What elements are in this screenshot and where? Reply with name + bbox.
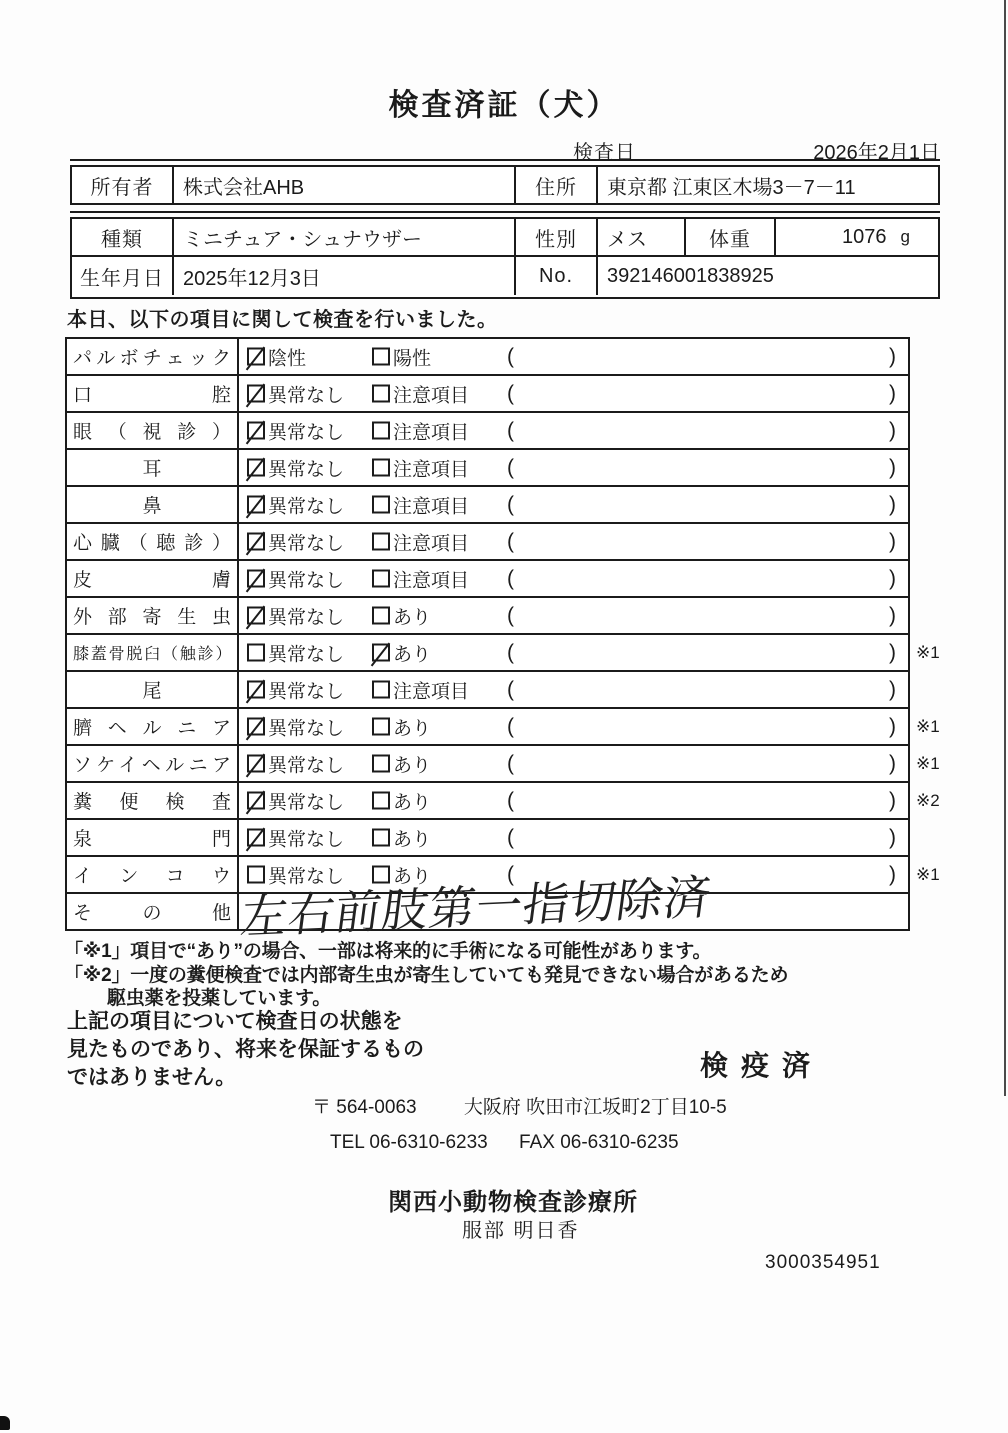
checkbox-option-2: [372, 570, 390, 588]
option-2: 注意項目: [372, 565, 469, 592]
checkbox-option-2: [372, 385, 390, 403]
info-row-1: 種類 ミニチュア・シュナウザー 性別 メス 体重 1076 g: [72, 219, 938, 257]
option-1-label: 異常なし: [268, 491, 344, 518]
open-paren: (: [507, 641, 514, 665]
check-item-label-cell: 皮膚: [67, 561, 239, 596]
breed-label: 種類: [72, 219, 174, 255]
option-1-label: 異常なし: [268, 787, 344, 814]
option-2: あり: [372, 602, 431, 629]
option-1-label: 陰性: [268, 343, 306, 370]
footnote-mark: ※1: [916, 754, 940, 774]
close-paren: ): [889, 530, 896, 554]
check-item-content: 異常なし 注意項目 ( ): [239, 376, 908, 411]
option-2-label: あり: [393, 713, 431, 740]
option-2-label: 注意項目: [393, 565, 469, 592]
option-2: あり: [372, 639, 431, 666]
check-item-label: 膝蓋骨脱臼（触診）: [73, 641, 231, 664]
checkbox-option-2: [372, 829, 390, 847]
option-2-label: あり: [393, 787, 431, 814]
weight-label: 体重: [686, 219, 776, 255]
check-item-label: 口腔: [73, 380, 231, 407]
checkbox-option-1: [247, 533, 265, 551]
check-item-label: 外部寄生虫: [73, 602, 231, 629]
disclaimer-line-3: ではありません。: [67, 1064, 424, 1092]
option-1: 陰性: [247, 343, 306, 370]
option-2: あり: [372, 750, 431, 777]
check-row-3: 眼（視診） 異常なし 注意項目 ( ): [67, 413, 908, 450]
check-item-label-cell: 膝蓋骨脱臼（触診）: [67, 635, 239, 670]
option-2-label: あり: [393, 750, 431, 777]
footnote-1: 「※1」項目で“あり”の場合、一部は将来的に手術になる可能性があります。: [64, 936, 711, 963]
check-item-label-cell: 糞便検査: [67, 783, 239, 818]
open-paren: (: [507, 715, 514, 739]
checkbox-option-2: [372, 681, 390, 699]
checkbox-option-1: [247, 607, 265, 625]
open-paren: (: [507, 752, 514, 776]
check-item-content: 陰性 陽性 ( ): [239, 339, 908, 374]
checkbox-option-1: [247, 496, 265, 514]
check-item-content: 異常なし 注意項目 ( ): [239, 524, 908, 559]
option-2: あり: [372, 824, 431, 851]
number-value: 392146001838925: [598, 257, 938, 295]
option-1: 異常なし: [247, 676, 344, 703]
check-item-content: 異常なし 注意項目 ( ): [239, 672, 908, 707]
close-paren: ): [889, 752, 896, 776]
option-2: 陽性: [372, 343, 431, 370]
check-row-6: 心臓（聴診） 異常なし 注意項目 ( ): [67, 524, 908, 561]
option-1: 異常なし: [247, 787, 344, 814]
disclaimer-line-1: 上記の項目について検査日の状態を: [67, 1008, 424, 1036]
postal-code: 〒 564-0063: [312, 1097, 417, 1118]
option-2: 注意項目: [372, 454, 469, 481]
check-item-label: その他: [73, 898, 231, 925]
option-1-label: 異常なし: [268, 528, 344, 555]
option-1: 異常なし: [247, 861, 344, 888]
open-paren: (: [507, 789, 514, 813]
option-2-label: 注意項目: [393, 454, 469, 481]
animal-info-table: 種類 ミニチュア・シュナウザー 性別 メス 体重 1076 g 生年月日 202…: [70, 217, 940, 299]
open-paren: (: [507, 419, 514, 443]
address-label: 住所: [516, 167, 598, 203]
option-1: 異常なし: [247, 565, 344, 592]
check-item-label-cell: 口腔: [67, 376, 239, 411]
check-row-14: 泉門 異常なし あり ( ): [67, 820, 908, 857]
address-value: 東京都 江東区木場3－7－11: [598, 167, 938, 203]
option-1: 異常なし: [247, 528, 344, 555]
check-item-label: パルボチェック: [73, 343, 231, 370]
checkbox-option-1: [247, 348, 265, 366]
clinic-address: 大阪府 吹田市江坂町2丁目10-5: [464, 1097, 727, 1118]
check-item-label-cell: その他: [67, 894, 239, 929]
examiner-name: 服部 明日香: [462, 1214, 580, 1243]
option-2: 注意項目: [372, 491, 469, 518]
open-paren: (: [507, 604, 514, 628]
clinic-address-line: 〒 564-0063 大阪府 吹田市江坂町2丁目10-5: [312, 1092, 727, 1119]
option-2: あり: [372, 787, 431, 814]
close-paren: ): [889, 678, 896, 702]
check-item-label: ソケイヘルニア: [73, 750, 231, 777]
check-row-4: 耳 異常なし 注意項目 ( ): [67, 450, 908, 487]
check-row-12: ソケイヘルニア 異常なし あり ( ) ※1: [67, 746, 908, 783]
close-paren: ): [889, 382, 896, 406]
option-2: 注意項目: [372, 528, 469, 555]
check-item-label-cell: インコウ: [67, 857, 239, 892]
checkbox-option-1: [247, 459, 265, 477]
check-item-label-cell: 心臓（聴診）: [67, 524, 239, 559]
serial-number: 3000354951: [765, 1252, 881, 1274]
owner-value: 株式会社AHB: [174, 167, 516, 203]
check-item-label-cell: 耳: [67, 450, 239, 485]
option-2: 注意項目: [372, 417, 469, 444]
checkbox-option-2: [372, 792, 390, 810]
quarantine-stamp: 検疫済: [700, 1044, 823, 1084]
checkbox-option-2: [372, 866, 390, 884]
check-item-label-cell: 泉門: [67, 820, 239, 855]
open-paren: (: [507, 530, 514, 554]
checkbox-option-2: [372, 348, 390, 366]
breed-value: ミニチュア・シュナウザー: [174, 219, 516, 255]
check-row-8: 外部寄生虫 異常なし あり ( ): [67, 598, 908, 635]
check-item-label: 眼（視診）: [73, 417, 231, 444]
checkbox-option-1: [247, 681, 265, 699]
info-row-2: 生年月日 2025年12月3日 No. 392146001838925: [72, 257, 938, 295]
option-2: 注意項目: [372, 676, 469, 703]
check-row-2: 口腔 異常なし 注意項目 ( ): [67, 376, 908, 413]
close-paren: ): [889, 789, 896, 813]
scan-edge-artifact: [1004, 0, 1006, 1096]
option-2-label: 注意項目: [393, 676, 469, 703]
checkbox-option-2: [372, 459, 390, 477]
option-2-label: 注意項目: [393, 528, 469, 555]
birthdate-value: 2025年12月3日: [174, 257, 516, 295]
checkbox-option-1: [247, 792, 265, 810]
checkbox-option-1: [247, 829, 265, 847]
check-row-13: 糞便検査 異常なし あり ( ) ※2: [67, 783, 908, 820]
check-item-label-cell: 外部寄生虫: [67, 598, 239, 633]
scan-blot-artifact: [0, 1416, 10, 1430]
birthdate-label: 生年月日: [72, 257, 174, 295]
option-2: あり: [372, 713, 431, 740]
check-row-10: 尾 異常なし 注意項目 ( ): [67, 672, 908, 709]
checkbox-option-1: [247, 718, 265, 736]
check-row-16: その他 左右前肢第一指切除済: [67, 894, 908, 929]
footnote-mark: ※1: [916, 643, 940, 663]
close-paren: ): [889, 345, 896, 369]
option-1: 異常なし: [247, 824, 344, 851]
checkbox-option-1: [247, 866, 265, 884]
open-paren: (: [507, 678, 514, 702]
close-paren: ): [889, 604, 896, 628]
open-paren: (: [507, 456, 514, 480]
option-1-label: 異常なし: [268, 602, 344, 629]
option-1: 異常なし: [247, 713, 344, 740]
check-row-5: 鼻 異常なし 注意項目 ( ): [67, 487, 908, 524]
check-item-label: 鼻: [73, 491, 231, 518]
scanned-certificate-page: 検査済証（犬） 検査日 2026年2月1日 所有者 株式会社AHB 住所 東京都…: [0, 0, 1008, 1433]
sex-label: 性別: [516, 219, 598, 255]
checkbox-option-1: [247, 422, 265, 440]
checkbox-option-1: [247, 644, 265, 662]
checkbox-option-1: [247, 570, 265, 588]
option-1: 異常なし: [247, 602, 344, 629]
check-item-label: 糞便検査: [73, 787, 231, 814]
option-1: 異常なし: [247, 750, 344, 777]
horizontal-rule: [70, 211, 940, 213]
footnote-mark: ※1: [916, 865, 940, 885]
open-paren: (: [507, 567, 514, 591]
option-1-label: 異常なし: [268, 454, 344, 481]
check-item-content: 異常なし あり ( ): [239, 635, 908, 670]
disclaimer-line-2: 見たものであり、将来を保証するもの: [67, 1036, 424, 1064]
close-paren: ): [889, 419, 896, 443]
checkbox-option-1: [247, 385, 265, 403]
owner-label: 所有者: [72, 167, 174, 203]
checkbox-option-2: [372, 496, 390, 514]
check-row-7: 皮膚 異常なし 注意項目 ( ): [67, 561, 908, 598]
horizontal-rule: [70, 159, 940, 161]
option-2-label: 注意項目: [393, 380, 469, 407]
option-1: 異常なし: [247, 639, 344, 666]
close-paren: ): [889, 863, 896, 887]
close-paren: ): [889, 567, 896, 591]
check-item-label: 尾: [73, 676, 231, 703]
tel-number: TEL 06-6310-6233: [330, 1132, 488, 1153]
check-item-content: 異常なし あり ( ): [239, 783, 908, 818]
option-1: 異常なし: [247, 491, 344, 518]
check-item-label: インコウ: [73, 861, 231, 888]
option-2-label: あり: [393, 824, 431, 851]
option-1: 異常なし: [247, 454, 344, 481]
option-1-label: 異常なし: [268, 417, 344, 444]
check-row-1: パルボチェック 陰性 陽性 ( ): [67, 339, 908, 376]
clinic-name: 関西小動物検査診療所: [388, 1182, 638, 1217]
clinic-phone-line: TEL 06-6310-6233 FAX 06-6310-6235: [330, 1132, 679, 1154]
check-item-label: 泉門: [73, 824, 231, 851]
open-paren: (: [507, 493, 514, 517]
check-item-content: 異常なし 注意項目 ( ): [239, 413, 908, 448]
checkbox-option-2: [372, 533, 390, 551]
checkbox-option-2: [372, 718, 390, 736]
checkbox-option-2: [372, 644, 390, 662]
open-paren: (: [507, 345, 514, 369]
option-1: 異常なし: [247, 417, 344, 444]
close-paren: ): [889, 826, 896, 850]
check-item-content: 異常なし 注意項目 ( ): [239, 487, 908, 522]
check-item-content: 異常なし あり ( ): [239, 598, 908, 633]
check-item-label-cell: ソケイヘルニア: [67, 746, 239, 781]
check-item-content: 異常なし 注意項目 ( ): [239, 561, 908, 596]
option-1-label: 異常なし: [268, 380, 344, 407]
fax-number: FAX 06-6310-6235: [519, 1132, 679, 1153]
option-1-label: 異常なし: [268, 676, 344, 703]
check-item-label-cell: 鼻: [67, 487, 239, 522]
intro-statement: 本日、以下の項目に関して検査を行いました。: [67, 303, 498, 332]
footnote-mark: ※1: [916, 717, 940, 737]
open-paren: (: [507, 382, 514, 406]
checkbox-option-2: [372, 422, 390, 440]
close-paren: ): [889, 715, 896, 739]
number-label: No.: [516, 257, 598, 295]
close-paren: ): [889, 641, 896, 665]
close-paren: ): [889, 456, 896, 480]
check-item-content: 異常なし 注意項目 ( ): [239, 450, 908, 485]
owner-info-table: 所有者 株式会社AHB 住所 東京都 江東区木場3－7－11: [70, 165, 940, 205]
footnote-mark: ※2: [916, 791, 940, 811]
check-item-content: 左右前肢第一指切除済: [239, 894, 908, 929]
option-2-label: 注意項目: [393, 417, 469, 444]
check-item-content: 異常なし あり ( ): [239, 820, 908, 855]
document-title: 検査済証（犬）: [0, 80, 1008, 124]
option-1-label: 異常なし: [268, 861, 344, 888]
inspection-check-table: パルボチェック 陰性 陽性 ( ) 口腔: [65, 337, 910, 931]
check-item-content: 異常なし あり ( ): [239, 746, 908, 781]
weight-unit: g: [901, 227, 910, 247]
check-item-label: 皮膚: [73, 565, 231, 592]
option-1-label: 異常なし: [268, 713, 344, 740]
check-row-9: 膝蓋骨脱臼（触診） 異常なし あり ( ) ※1: [67, 635, 908, 672]
checkbox-option-2: [372, 755, 390, 773]
check-item-label-cell: 臍ヘルニア: [67, 709, 239, 744]
open-paren: (: [507, 826, 514, 850]
option-2-label: あり: [393, 602, 431, 629]
option-1: 異常なし: [247, 380, 344, 407]
close-paren: ): [889, 493, 896, 517]
sex-value: メス: [598, 219, 686, 255]
option-2: 注意項目: [372, 380, 469, 407]
check-item-label: 心臓（聴診）: [73, 528, 231, 555]
option-1-label: 異常なし: [268, 750, 344, 777]
weight-value: 1076 g: [776, 219, 938, 255]
check-row-11: 臍ヘルニア 異常なし あり ( ) ※1: [67, 709, 908, 746]
check-item-label-cell: 眼（視診）: [67, 413, 239, 448]
check-item-label: 臍ヘルニア: [73, 713, 231, 740]
option-2-label: あり: [393, 639, 431, 666]
check-item-label-cell: パルボチェック: [67, 339, 239, 374]
check-item-label: 耳: [73, 454, 231, 481]
option-1-label: 異常なし: [268, 565, 344, 592]
check-item-content: 異常なし あり ( ): [239, 709, 908, 744]
option-1-label: 異常なし: [268, 639, 344, 666]
weight-number: 1076: [842, 226, 887, 249]
checkbox-option-1: [247, 755, 265, 773]
option-1-label: 異常なし: [268, 824, 344, 851]
footnote-2-continued: 駆虫薬を投薬しています。: [107, 983, 331, 1010]
checkbox-option-2: [372, 607, 390, 625]
option-2-label: 注意項目: [393, 491, 469, 518]
disclaimer-statement: 上記の項目について検査日の状態を 見たものであり、将来を保証するもの ではありま…: [67, 1008, 424, 1092]
option-2-label: 陽性: [393, 343, 431, 370]
check-item-label-cell: 尾: [67, 672, 239, 707]
